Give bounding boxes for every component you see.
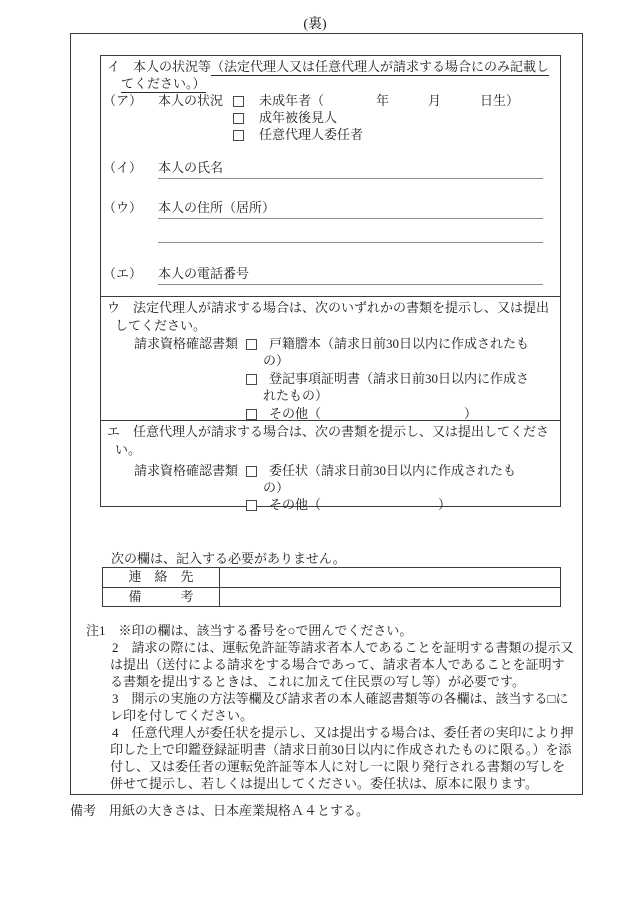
- note-line: 2 請求の際には、運転免許証等請求者本人であることを証明する書類の提示又: [112, 639, 576, 656]
- section-principal-status: イ 本人の状況等（法定代理人又は任意代理人が請求する場合にのみ記載し てください…: [101, 56, 560, 296]
- note-line: 3 開示の実施の方法等欄及び請求者の本人確認書類等の各欄は、該当する□に: [112, 690, 576, 707]
- note-line: 付し、又は委任者の運転免許証等本人に対し一に限り発行される書類の写しを: [110, 758, 576, 775]
- principal-phone-field-label: 本人の電話番号: [158, 266, 249, 281]
- section-u-docs-label: 請求資格確認書類: [134, 336, 238, 352]
- principal-name-field[interactable]: 本人の氏名: [158, 157, 543, 179]
- section-e-heading-line2: い。: [115, 442, 141, 458]
- section-u-heading-line1: ウ 法定代理人が請求する場合は、次のいずれかの書類を提示し、又は提出: [107, 300, 549, 316]
- section-i-heading-wrap: てください。）: [121, 76, 206, 92]
- remarks-row-label: 備 考: [103, 588, 220, 606]
- option-registry-certificate-line1: 登記事項証明書（請求日前30日以内に作成さ: [269, 371, 529, 387]
- principal-address-row: （ウ） 本人の住所（居所）: [103, 197, 543, 219]
- checkbox-power-of-attorney[interactable]: [246, 466, 257, 477]
- item-i-label: （イ）: [103, 157, 158, 179]
- form-outer-frame: イ 本人の状況等（法定代理人又は任意代理人が請求する場合にのみ記載し てください…: [70, 33, 583, 795]
- table-row-remarks: 備 考: [103, 587, 560, 606]
- checkbox-registry-certificate[interactable]: [246, 374, 257, 385]
- section-legal-agent: ウ 法定代理人が請求する場合は、次のいずれかの書類を提示し、又は提出 してくださ…: [101, 296, 560, 420]
- checkbox-voluntary-agent-delegator[interactable]: [233, 130, 244, 141]
- note-line: レ印を付してください。: [110, 707, 576, 724]
- option-family-register-line2: の）: [263, 353, 289, 369]
- note-line: 併せて提示し、若しくは提出してください。委任状は、原本に限ります。: [110, 775, 576, 792]
- option-registry-certificate-line2: れたもの）: [263, 388, 328, 404]
- section-voluntary-agent: エ 任意代理人が請求する場合は、次の書類を提示し、又は提出してくださ い。 請求…: [101, 420, 560, 508]
- option-family-register-line1: 戸籍謄本（請求日前30日以内に作成されたも: [269, 336, 529, 352]
- section-i-heading-underlined: （法定代理人又は任意代理人が請求する場合にのみ記載し: [211, 59, 549, 76]
- checkbox-minor[interactable]: [233, 96, 244, 107]
- option-power-of-attorney-line1: 委任状（請求日前30日以内に作成されたも: [269, 463, 516, 479]
- item-a-field-label: 本人の状況: [158, 93, 223, 109]
- section-e-heading-line1: エ 任意代理人が請求する場合は、次の書類を提示し、又は提出してくださ: [107, 424, 549, 440]
- table-row-contact: 連 絡 先: [103, 568, 560, 587]
- page-side-label: (裏): [0, 13, 630, 33]
- section-i-heading-plain: イ 本人の状況等: [107, 59, 211, 74]
- checkbox-adult-ward[interactable]: [233, 113, 244, 124]
- item-u-label: （ウ）: [103, 197, 158, 219]
- contact-remarks-table: 連 絡 先 備 考: [102, 567, 561, 607]
- principal-address-field-line2[interactable]: [158, 242, 543, 243]
- principal-phone-field[interactable]: 本人の電話番号: [158, 263, 543, 285]
- checkbox-family-register[interactable]: [246, 339, 257, 350]
- section-i-heading: イ 本人の状況等（法定代理人又は任意代理人が請求する場合にのみ記載し: [107, 59, 549, 75]
- item-e-label: （エ）: [103, 263, 158, 285]
- contact-value-cell[interactable]: [220, 568, 560, 587]
- principal-address-field-label: 本人の住所（居所）: [158, 200, 275, 215]
- agent-request-box: イ 本人の状況等（法定代理人又は任意代理人が請求する場合にのみ記載し てください…: [100, 55, 561, 507]
- remarks-value-cell[interactable]: [220, 588, 560, 606]
- item-a-label: （ア）: [103, 93, 142, 109]
- paper-size-remark: 備考 用紙の大きさは、日本産業規格Ａ４とする。: [70, 800, 369, 819]
- option-delegator-label: 任意代理人委任者: [259, 127, 363, 143]
- option-power-of-attorney-line2: の）: [263, 480, 289, 496]
- no-entry-note: 次の欄は、記入する必要がありません。: [111, 548, 346, 567]
- note-line: 注1 ※印の欄は、該当する番号を○で囲んでください。: [86, 622, 576, 639]
- option-adult-ward-label: 成年被後見人: [259, 110, 337, 126]
- form-page-back: (裏) イ 本人の状況等（法定代理人又は任意代理人が請求する場合にのみ記載し て…: [0, 0, 630, 903]
- principal-name-row: （イ） 本人の氏名: [103, 157, 543, 179]
- note-line: 4 任意代理人が委任状を提示し、又は提出する場合は、委任者の実印により押: [112, 724, 576, 741]
- note-line: る書類を提出するときは、これに加えて住民票の写し等）が必要です。: [110, 673, 576, 690]
- note-line: 印した上で印鑑登録証明書（請求日前30日以内に作成されたものに限る。）を添: [110, 741, 576, 758]
- option-minor-label: 未成年者（ 年 月 日生）: [259, 93, 519, 109]
- contact-row-label: 連 絡 先: [103, 568, 220, 587]
- notes-block: 注1 ※印の欄は、該当する番号を○で囲んでください。 2 請求の際には、運転免許…: [86, 622, 576, 792]
- principal-name-field-label: 本人の氏名: [158, 160, 223, 175]
- section-u-heading-line2: してください。: [115, 318, 206, 334]
- note-line: は提出（送付による請求をする場合であって、請求者本人であることを証明す: [110, 656, 576, 673]
- option-other-voluntary-label: その他（ ）: [269, 497, 451, 513]
- principal-phone-row: （エ） 本人の電話番号: [103, 263, 543, 285]
- checkbox-other-legal[interactable]: [246, 409, 257, 420]
- checkbox-other-voluntary[interactable]: [246, 500, 257, 511]
- section-e-docs-label: 請求資格確認書類: [134, 463, 238, 479]
- principal-address-field[interactable]: 本人の住所（居所）: [158, 197, 543, 219]
